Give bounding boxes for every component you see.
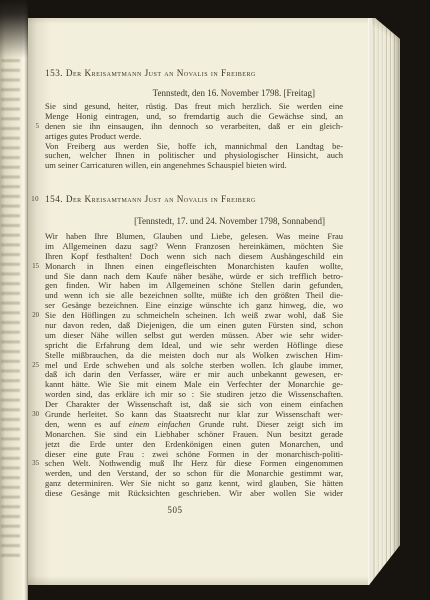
letter-dateline: Tennstedt, den 16. November 1798. [Freit… [45, 88, 343, 98]
text-line: daß ich darin den Verfasser, wäre er mir… [45, 370, 343, 380]
letter-153: 153. Der Kreisamtmann Just an Novalis in… [45, 68, 343, 180]
page-number: 505 [167, 505, 182, 515]
text-line: ser Gesänge bezeichnen. Eine einzige wün… [45, 301, 343, 311]
text-line: 20Sie den Höflingen zu schmeicheln schei… [45, 311, 343, 321]
fore-edge-pages [368, 18, 400, 585]
text-line: Monarchen. Sie sind ein Liebhaber schöne… [45, 430, 343, 440]
text-line: Sie sind gesund, heiter, rüstig. Das fre… [45, 102, 343, 112]
text-line: im Allgemeinen dazu sagt? Wenn Franzosen… [45, 242, 343, 252]
text-line: Wir haben Ihre Blumen, Glauben und Liebe… [45, 232, 343, 242]
letter-body: Sie sind gesund, heiter, rüstig. Das fre… [45, 102, 343, 171]
photo-backdrop: 153. Der Kreisamtmann Just an Novalis in… [0, 0, 430, 600]
text-line: um seiner Carricaturen willen, ein angen… [45, 161, 343, 171]
text-line: gen finden. Wir haben im Allgemeinen sch… [45, 281, 343, 291]
letter-body: Wir haben Ihre Blumen, Glauben und Liebe… [45, 232, 343, 499]
text-line: um dieser Nähe willen selbst gut werden … [45, 331, 343, 341]
margin-line-number: 10 [31, 197, 39, 204]
text-line: suchen, welcher Ihnen in politischer und… [45, 151, 343, 161]
margin-line-number: 15 [32, 264, 39, 271]
margin-line-number: 25 [32, 363, 39, 370]
text-line: ganz determiniren. Wer Sie nicht so ganz… [45, 479, 343, 489]
text-line: 30Grunde herleitet. So kann das Staatsre… [45, 410, 343, 420]
text-line: und Sie dann nach dem Kaufe näher besähe… [45, 272, 343, 282]
text-line: jetzt die Erde unter den Erdenkönigen ei… [45, 440, 343, 450]
facing-page-edge [0, 0, 28, 600]
text-line: worden sind, das erkläre ich mir so : Si… [45, 390, 343, 400]
text-line: Der Charakter der Wissenschaft ist, daß … [45, 400, 343, 410]
text-line: dieser eine gute Frau : zwei schöne Form… [45, 450, 343, 460]
text-line: 15Monarch in Ihnen einen eingefleischten… [45, 262, 343, 272]
facing-page-top-shadow [0, 0, 28, 58]
text-line: kannt hätte. Wie Sie mit einem Male ein … [45, 380, 343, 390]
text-line: Ihren Kopf festhalten! Doch wenn sich na… [45, 252, 343, 262]
text-line: werden, und den Verstand, der so schon f… [45, 469, 343, 479]
text-line: und wenn ich sie alle bezeichnen sollte,… [45, 291, 343, 301]
text-line: 35schen Welt. Nothwendig muß Ihr Herz fü… [45, 459, 343, 469]
text-line: artiges gutes Product werde. [45, 132, 343, 142]
letter-heading: 10154. Der Kreisamtmann Just an Novalis … [45, 194, 343, 205]
text-line: diese Gesänge mit Rücksichten geschriebe… [45, 489, 343, 499]
text-line: Menge Honig eintragen, und, so fremdarti… [45, 112, 343, 122]
text-line: spricht die Erfahrung dem Ideal, und wie… [45, 341, 343, 351]
margin-line-number: 20 [32, 313, 39, 320]
text-line: nur davon reden, daß Diejenigen, die um … [45, 321, 343, 331]
text-line: Stelle mißbrauchen, da die meisten doch … [45, 351, 343, 361]
text-line: 5denen sie ihn einsaugen, ihn dennoch so… [45, 122, 343, 132]
margin-line-number: 35 [32, 461, 39, 468]
margin-line-number: 30 [32, 412, 39, 419]
page-corner [372, 18, 400, 54]
letter-heading: 153. Der Kreisamtmann Just an Novalis in… [45, 68, 343, 79]
letter-154: 10154. Der Kreisamtmann Just an Novalis … [45, 194, 343, 504]
book-page: 153. Der Kreisamtmann Just an Novalis in… [28, 18, 400, 585]
letter-dateline: [Tennstedt, 17. und 24. November 1798, S… [45, 216, 343, 226]
text-line: Von Freiberg aus werden Sie, hoffe ich, … [45, 142, 343, 152]
margin-line-number: 5 [36, 124, 39, 131]
text-line: 25mel und Erde schweben und als solche s… [45, 361, 343, 371]
text-line: den, wenn es auf einem einfachen Grunde … [45, 420, 343, 430]
facing-page-bleed-text [1, 56, 20, 560]
